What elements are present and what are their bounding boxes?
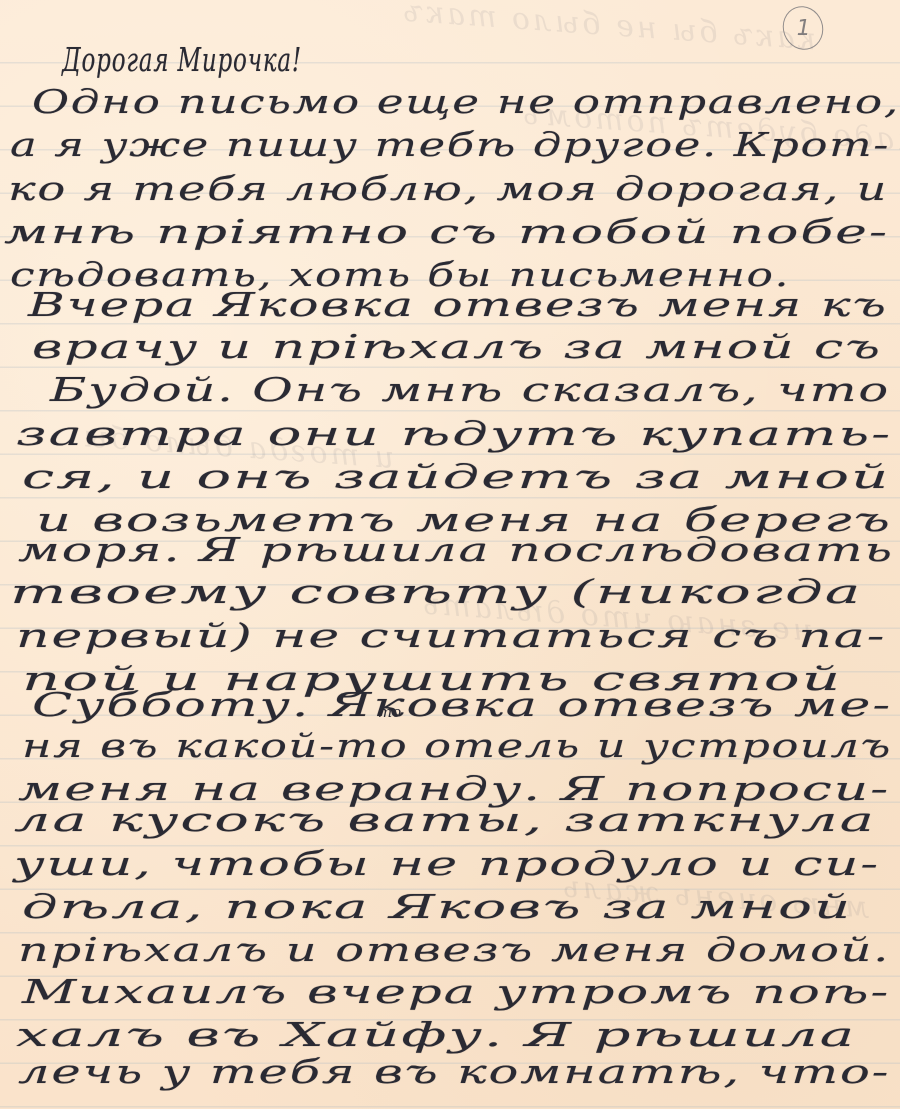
salutation-text: Дорогая Мирочка! — [62, 38, 302, 82]
letter-line: завтра они ѣдутъ купать- — [16, 412, 900, 456]
letter-line: твоему совѣту (никогда — [10, 570, 900, 614]
line-text: уши, чтобы не продуло и си- — [14, 842, 880, 886]
line-text: врачу и пріѣхалъ за мной съ — [32, 325, 882, 369]
line-text: а я уже пишу тебѣ другое. Крот- — [10, 123, 890, 167]
line-text: ла кусокъ ваты, заткнула — [14, 798, 876, 842]
letter-line: уши, чтобы не продуло и си- — [14, 842, 900, 886]
line-text: моря. Я рѣшила послѣдовать — [18, 528, 894, 572]
line-text: Субботу. Яковка отвезъ ме- — [32, 683, 892, 727]
letter-line: а я уже пишу тебѣ другое. Крот- — [10, 123, 900, 167]
letter-line: ня въ какой-то отель и устроилъ — [22, 724, 900, 768]
letter-line: ко я тебя люблю, моя дорогая, и — [8, 167, 900, 211]
line-text: твоему совѣту (никогда — [10, 570, 862, 614]
letter-line: первый) не считаться съ па- — [16, 614, 900, 658]
line-text: дѣла, пока Яковъ за мной — [22, 885, 852, 929]
letter-line: ся, и онъ зайдетъ за мной — [22, 455, 900, 499]
line-text: мнѣ пріятно съ тобой побе- — [4, 210, 889, 254]
letter-line: моря. Я рѣшила послѣдовать — [18, 528, 900, 572]
letter-line: пріѣхалъ и отвезъ меня домой. — [18, 928, 900, 972]
letter-line: дѣла, пока Яковъ за мной — [22, 885, 900, 929]
letter-line: ла кусокъ ваты, заткнула — [14, 798, 900, 842]
line-text: первый) не считаться съ па- — [16, 614, 886, 658]
letter-line: лечь у тебя въ комнатѣ, что- — [18, 1050, 900, 1094]
letter-line: Будой. Онъ мнѣ сказалъ, что — [50, 368, 900, 412]
line-text: ся, и онъ зайдетъ за мной — [22, 455, 890, 499]
letter-line: Субботу. Яковка отвезъ ме- — [32, 683, 900, 727]
line-text: Вчера Яковка отвезъ меня къ — [28, 283, 888, 327]
page-number: 1 — [794, 16, 812, 41]
letter-line: Михаилъ вчера утромъ поѣ- — [22, 970, 900, 1014]
letter-line: врачу и пріѣхалъ за мной съ — [32, 325, 900, 369]
letter-line: мнѣ пріятно съ тобой побе- — [4, 210, 900, 254]
line-text: ко я тебя люблю, моя дорогая, и — [8, 167, 888, 211]
letter-line: Одно письмо еще не отправлено, — [32, 80, 900, 124]
salutation-line: Дорогая Мирочка! — [62, 38, 900, 82]
line-text: Михаилъ вчера утромъ поѣ- — [22, 970, 890, 1014]
line-text: лечь у тебя въ комнатѣ, что- — [18, 1050, 890, 1094]
line-text: ня въ какой-то отель и устроилъ — [22, 724, 892, 768]
line-text: завтра они ѣдутъ купать- — [16, 412, 892, 456]
letter-line: Вчера Яковка отвезъ меня къ — [28, 283, 900, 327]
line-text: Будой. Онъ мнѣ сказалъ, что — [50, 368, 890, 412]
line-text: Одно письмо еще не отправлено, — [32, 80, 900, 124]
interlinear-insertion: то — [378, 703, 401, 721]
line-text: пріѣхалъ и отвезъ меня домой. — [18, 928, 890, 972]
